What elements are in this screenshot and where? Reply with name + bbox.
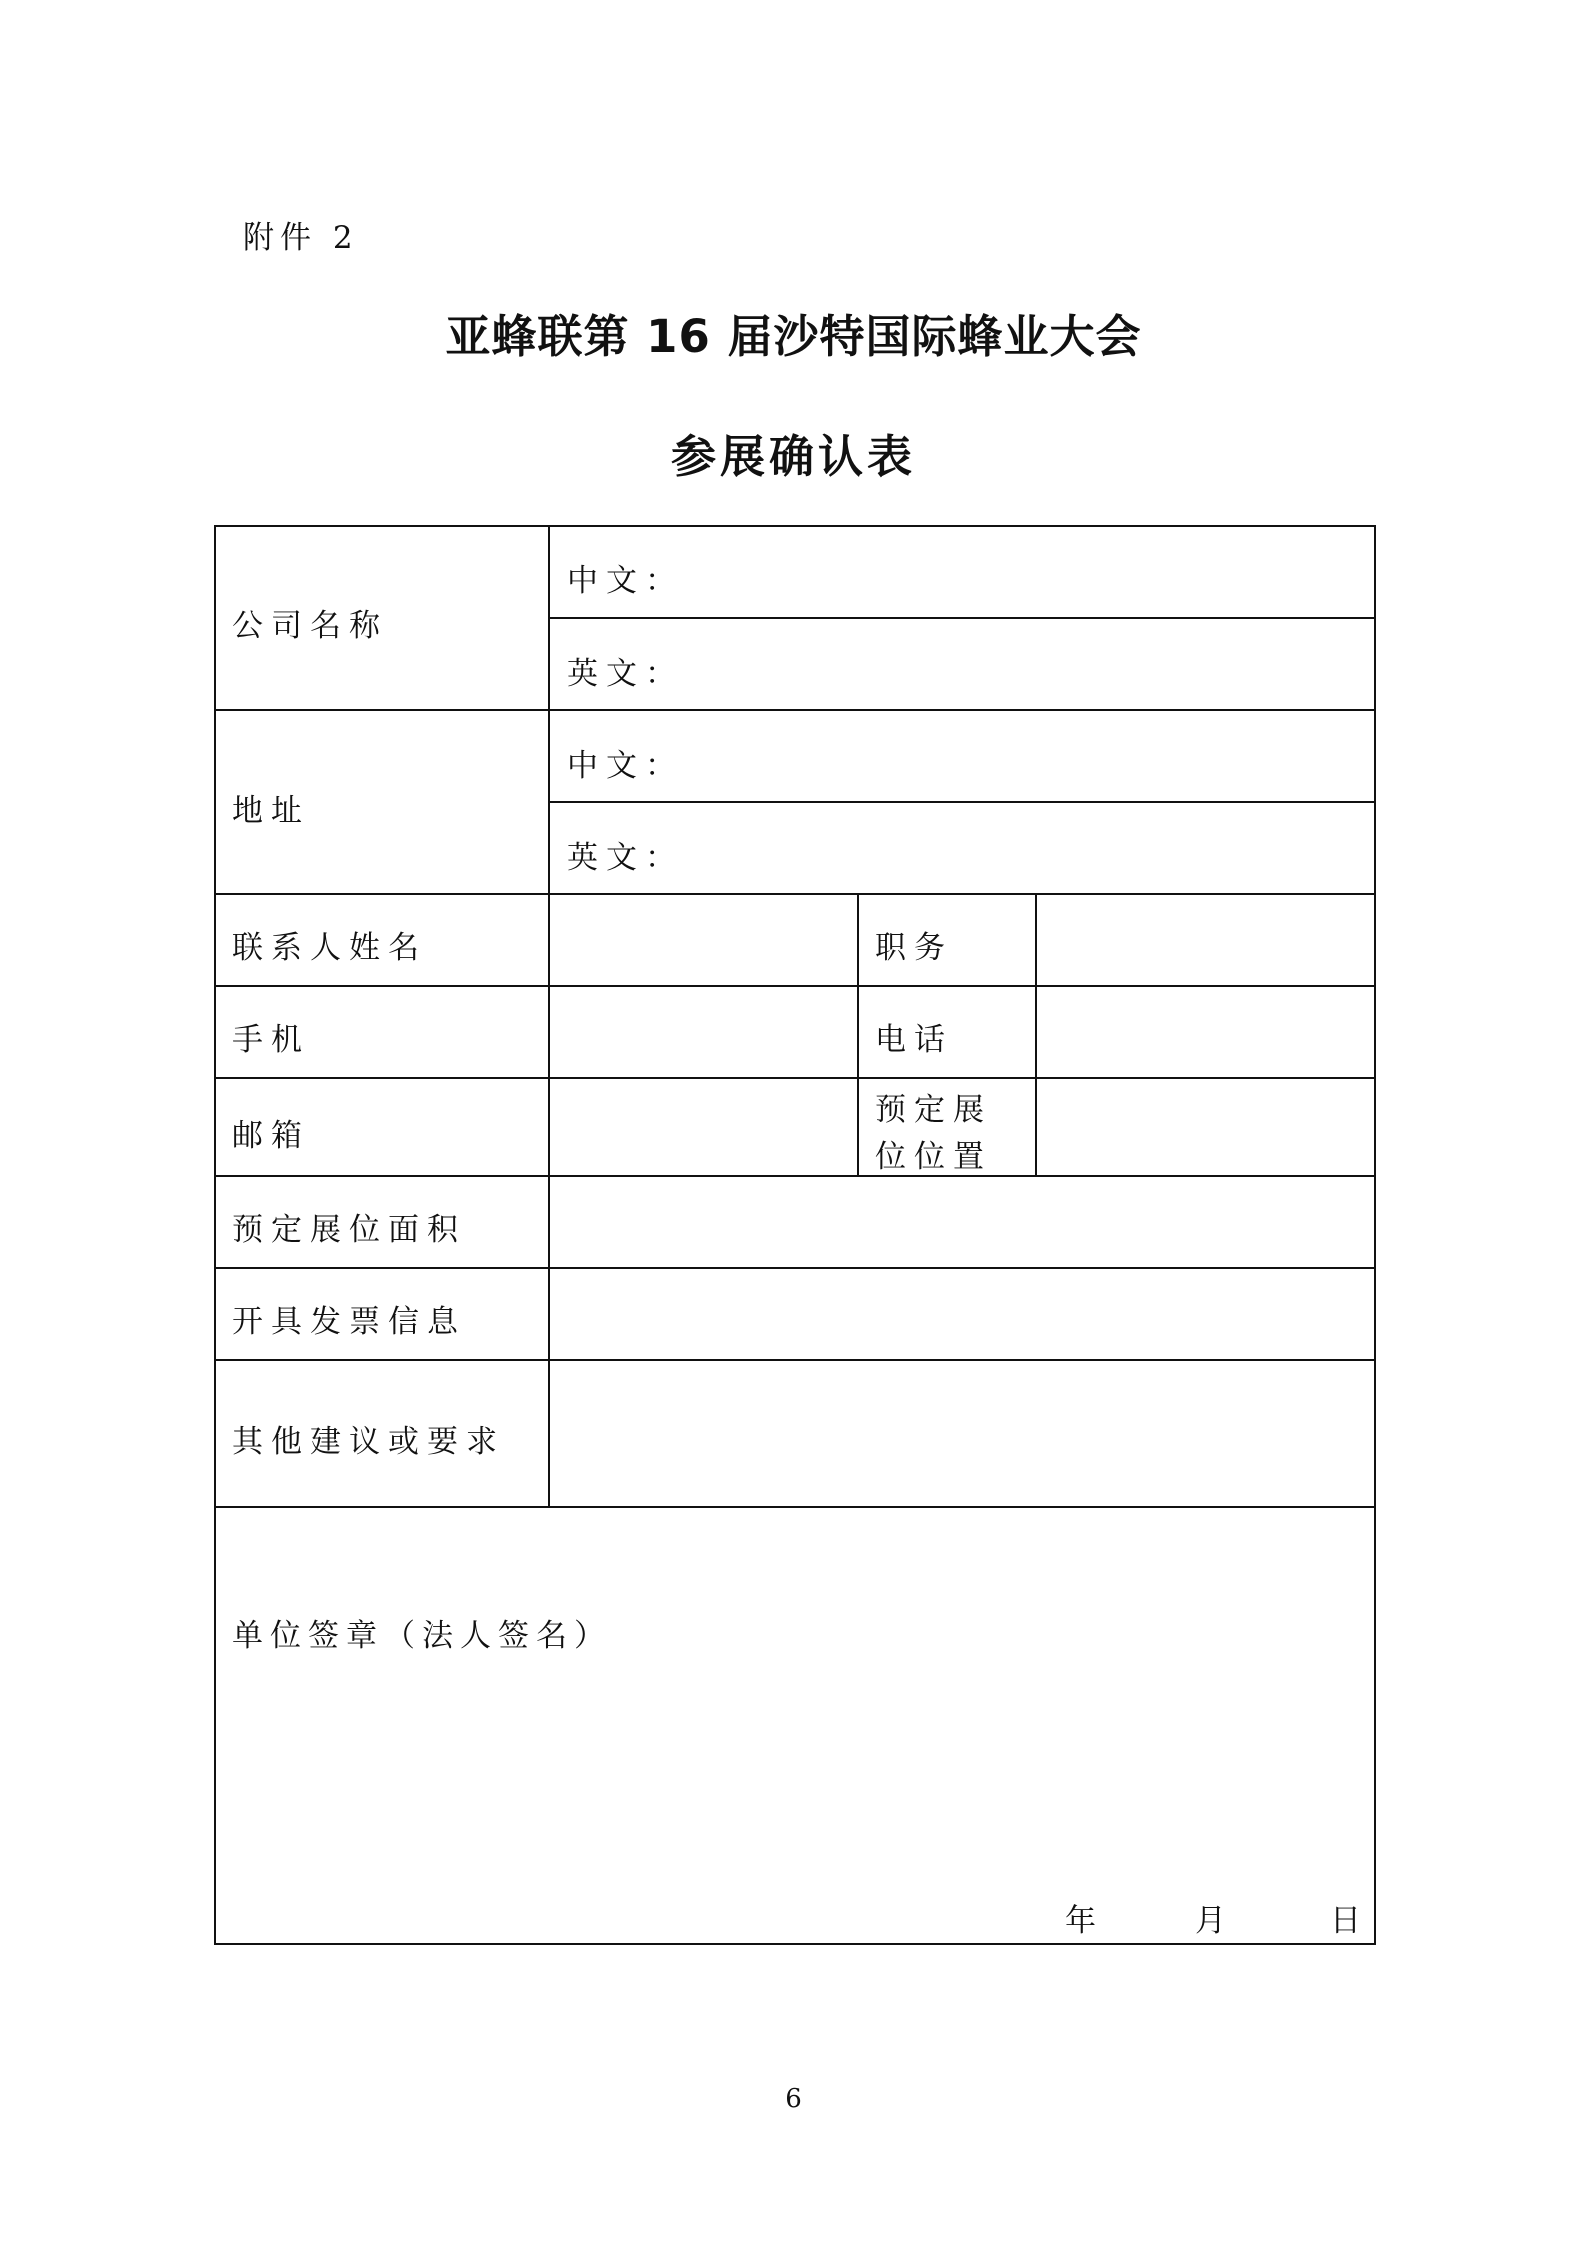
address-english-label: 英文： (567, 832, 684, 877)
contact-name-field[interactable] (548, 893, 859, 987)
signature-year-label: 年 (1065, 1895, 1104, 1940)
company-name-chinese-label: 中文： (567, 555, 684, 600)
invoice-info-label: 开具发票信息 (232, 1296, 466, 1341)
signature-day-label: 日 (1330, 1895, 1369, 1940)
attachment-label: 附件 2 (243, 212, 359, 257)
page-subtitle: 参展确认表 (0, 420, 1587, 485)
position-field[interactable] (1035, 893, 1376, 987)
contact-name-label: 联系人姓名 (232, 922, 427, 967)
signature-month-label: 月 (1195, 1895, 1234, 1940)
address-chinese-label: 中文： (567, 740, 684, 785)
email-field[interactable] (548, 1077, 859, 1177)
page-number: 6 (0, 2084, 1587, 2114)
phone-label: 电话 (875, 1014, 953, 1059)
phone-field[interactable] (1035, 985, 1376, 1079)
mobile-field[interactable] (548, 985, 859, 1079)
position-label: 职务 (875, 922, 953, 967)
email-label: 邮箱 (232, 1110, 310, 1155)
booth-location-label-line2: 位位置 (875, 1131, 992, 1176)
booth-location-field[interactable] (1035, 1077, 1376, 1177)
other-requests-field[interactable] (548, 1359, 1376, 1508)
mobile-label: 手机 (232, 1014, 310, 1059)
page-title: 亚蜂联第 16 届沙特国际蜂业大会 (0, 300, 1587, 365)
signature-label: 单位签章（法人签名） (232, 1610, 612, 1655)
booth-location-label-line1: 预定展 (875, 1084, 992, 1129)
company-name-label: 公司名称 (232, 600, 388, 645)
invoice-info-field[interactable] (548, 1267, 1376, 1361)
booth-area-field[interactable] (548, 1175, 1376, 1269)
booth-area-label: 预定展位面积 (232, 1204, 466, 1249)
address-label: 地址 (232, 785, 310, 830)
company-name-english-label: 英文： (567, 648, 684, 693)
other-requests-label: 其他建议或要求 (232, 1416, 505, 1461)
signature-area[interactable] (214, 1506, 1376, 1945)
